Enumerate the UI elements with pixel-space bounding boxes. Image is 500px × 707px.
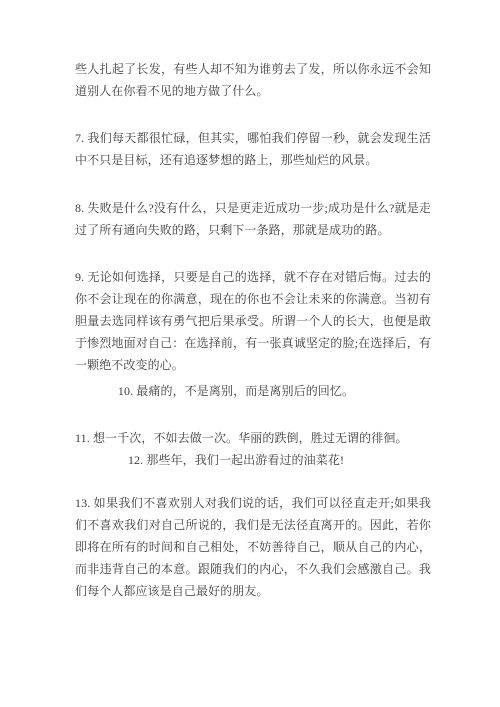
document-page: 些人扎起了长发，有些人却不知为谁剪去了发，所以你永远不会知道别人在你看不见的地方… — [0, 0, 500, 707]
quote-item-10: 10. 最痛的，不是离别，而是离别后的回忆。 — [75, 380, 431, 402]
quote-continuation: 些人扎起了长发，有些人却不知为谁剪去了发，所以你永远不会知道别人在你看不见的地方… — [75, 58, 431, 102]
quote-item-11: 11. 想一千次，不如去做一次。华丽的跌倒，胜过无谓的徘徊。 — [75, 427, 431, 449]
quote-item-12: 12. 那些年，我们一起出游看过的油菜花! — [75, 449, 431, 471]
quote-item-7: 7. 我们每天都很忙碌，但其实，哪怕我们停留一秒，就会发现生活中不只是目标，还有… — [75, 127, 431, 171]
quote-item-8: 8. 失败是什么?没有什么，只是更走近成功一步;成功是什么?就是走过了所有通向失… — [75, 197, 431, 241]
quote-item-9: 9. 无论如何选择，只要是自己的选择，就不存在对错后悔。过去的你不会让现在的你满… — [75, 266, 431, 376]
quote-item-13: 13. 如果我们不喜欢别人对我们说的话，我们可以径直走开;如果我们不喜欢我们对自… — [75, 492, 431, 602]
